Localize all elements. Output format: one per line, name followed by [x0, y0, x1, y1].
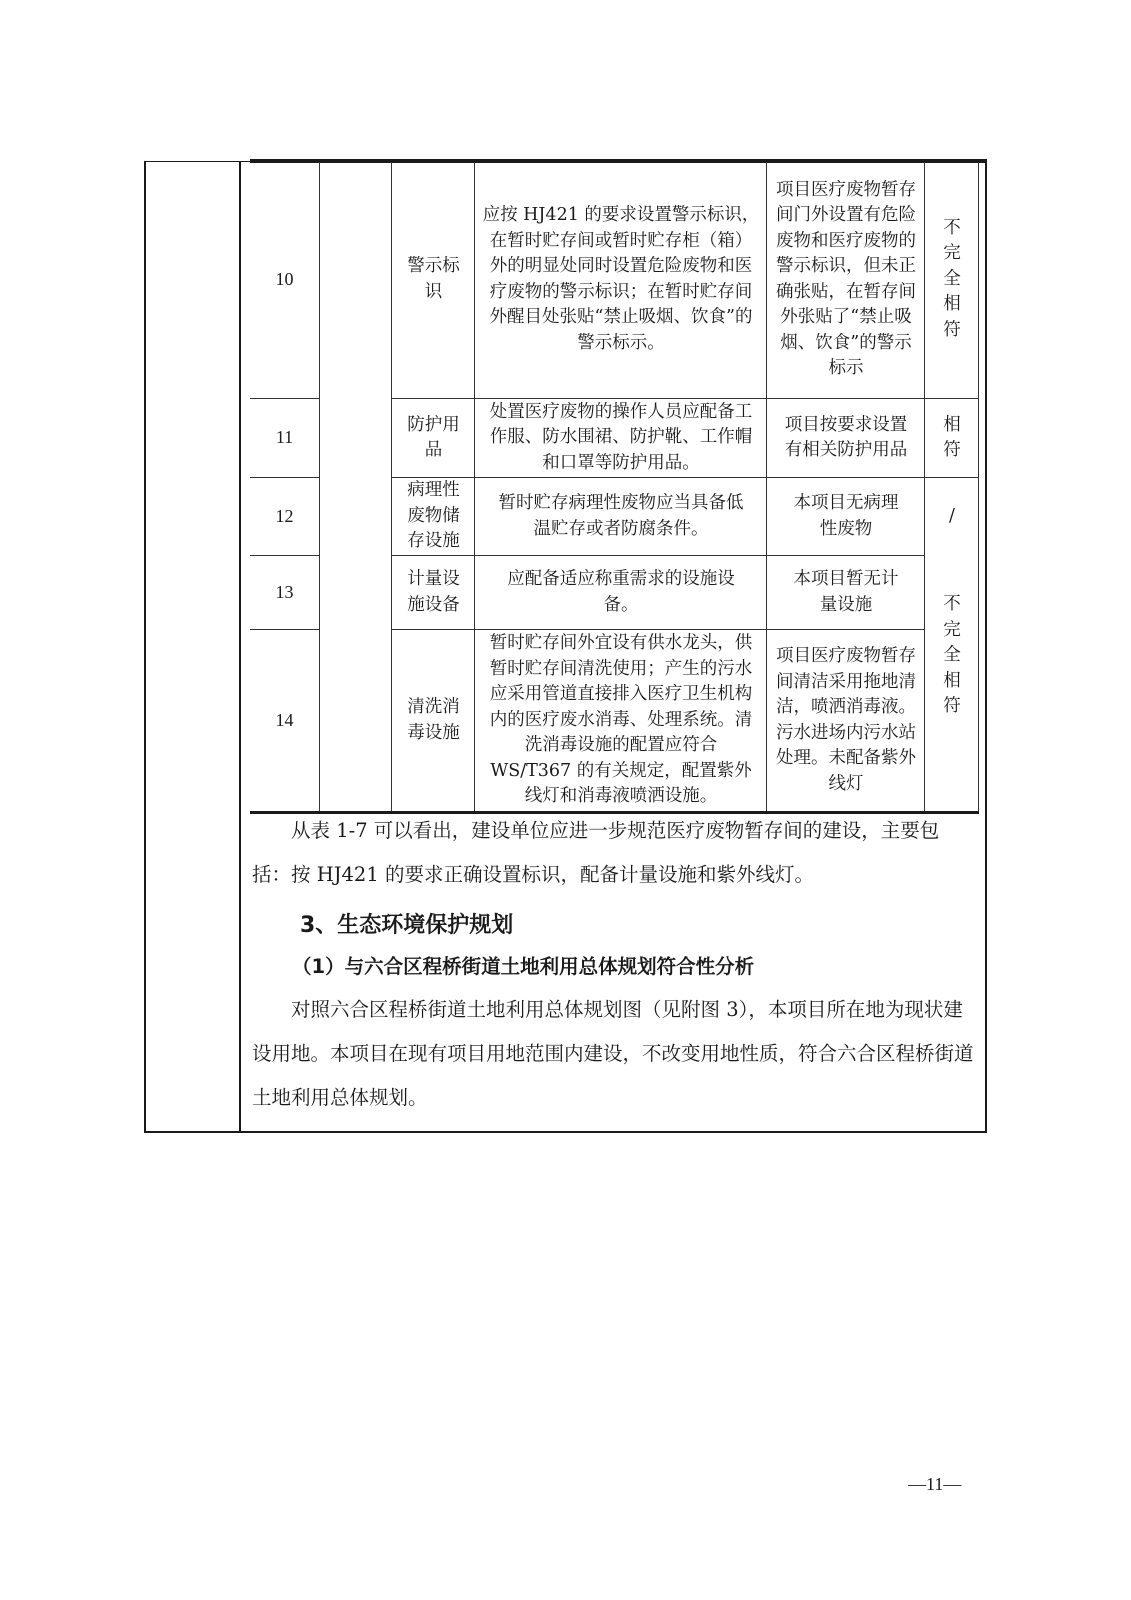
outer-frame-overlay [144, 161, 987, 1133]
page-number: —11— [908, 1474, 961, 1495]
